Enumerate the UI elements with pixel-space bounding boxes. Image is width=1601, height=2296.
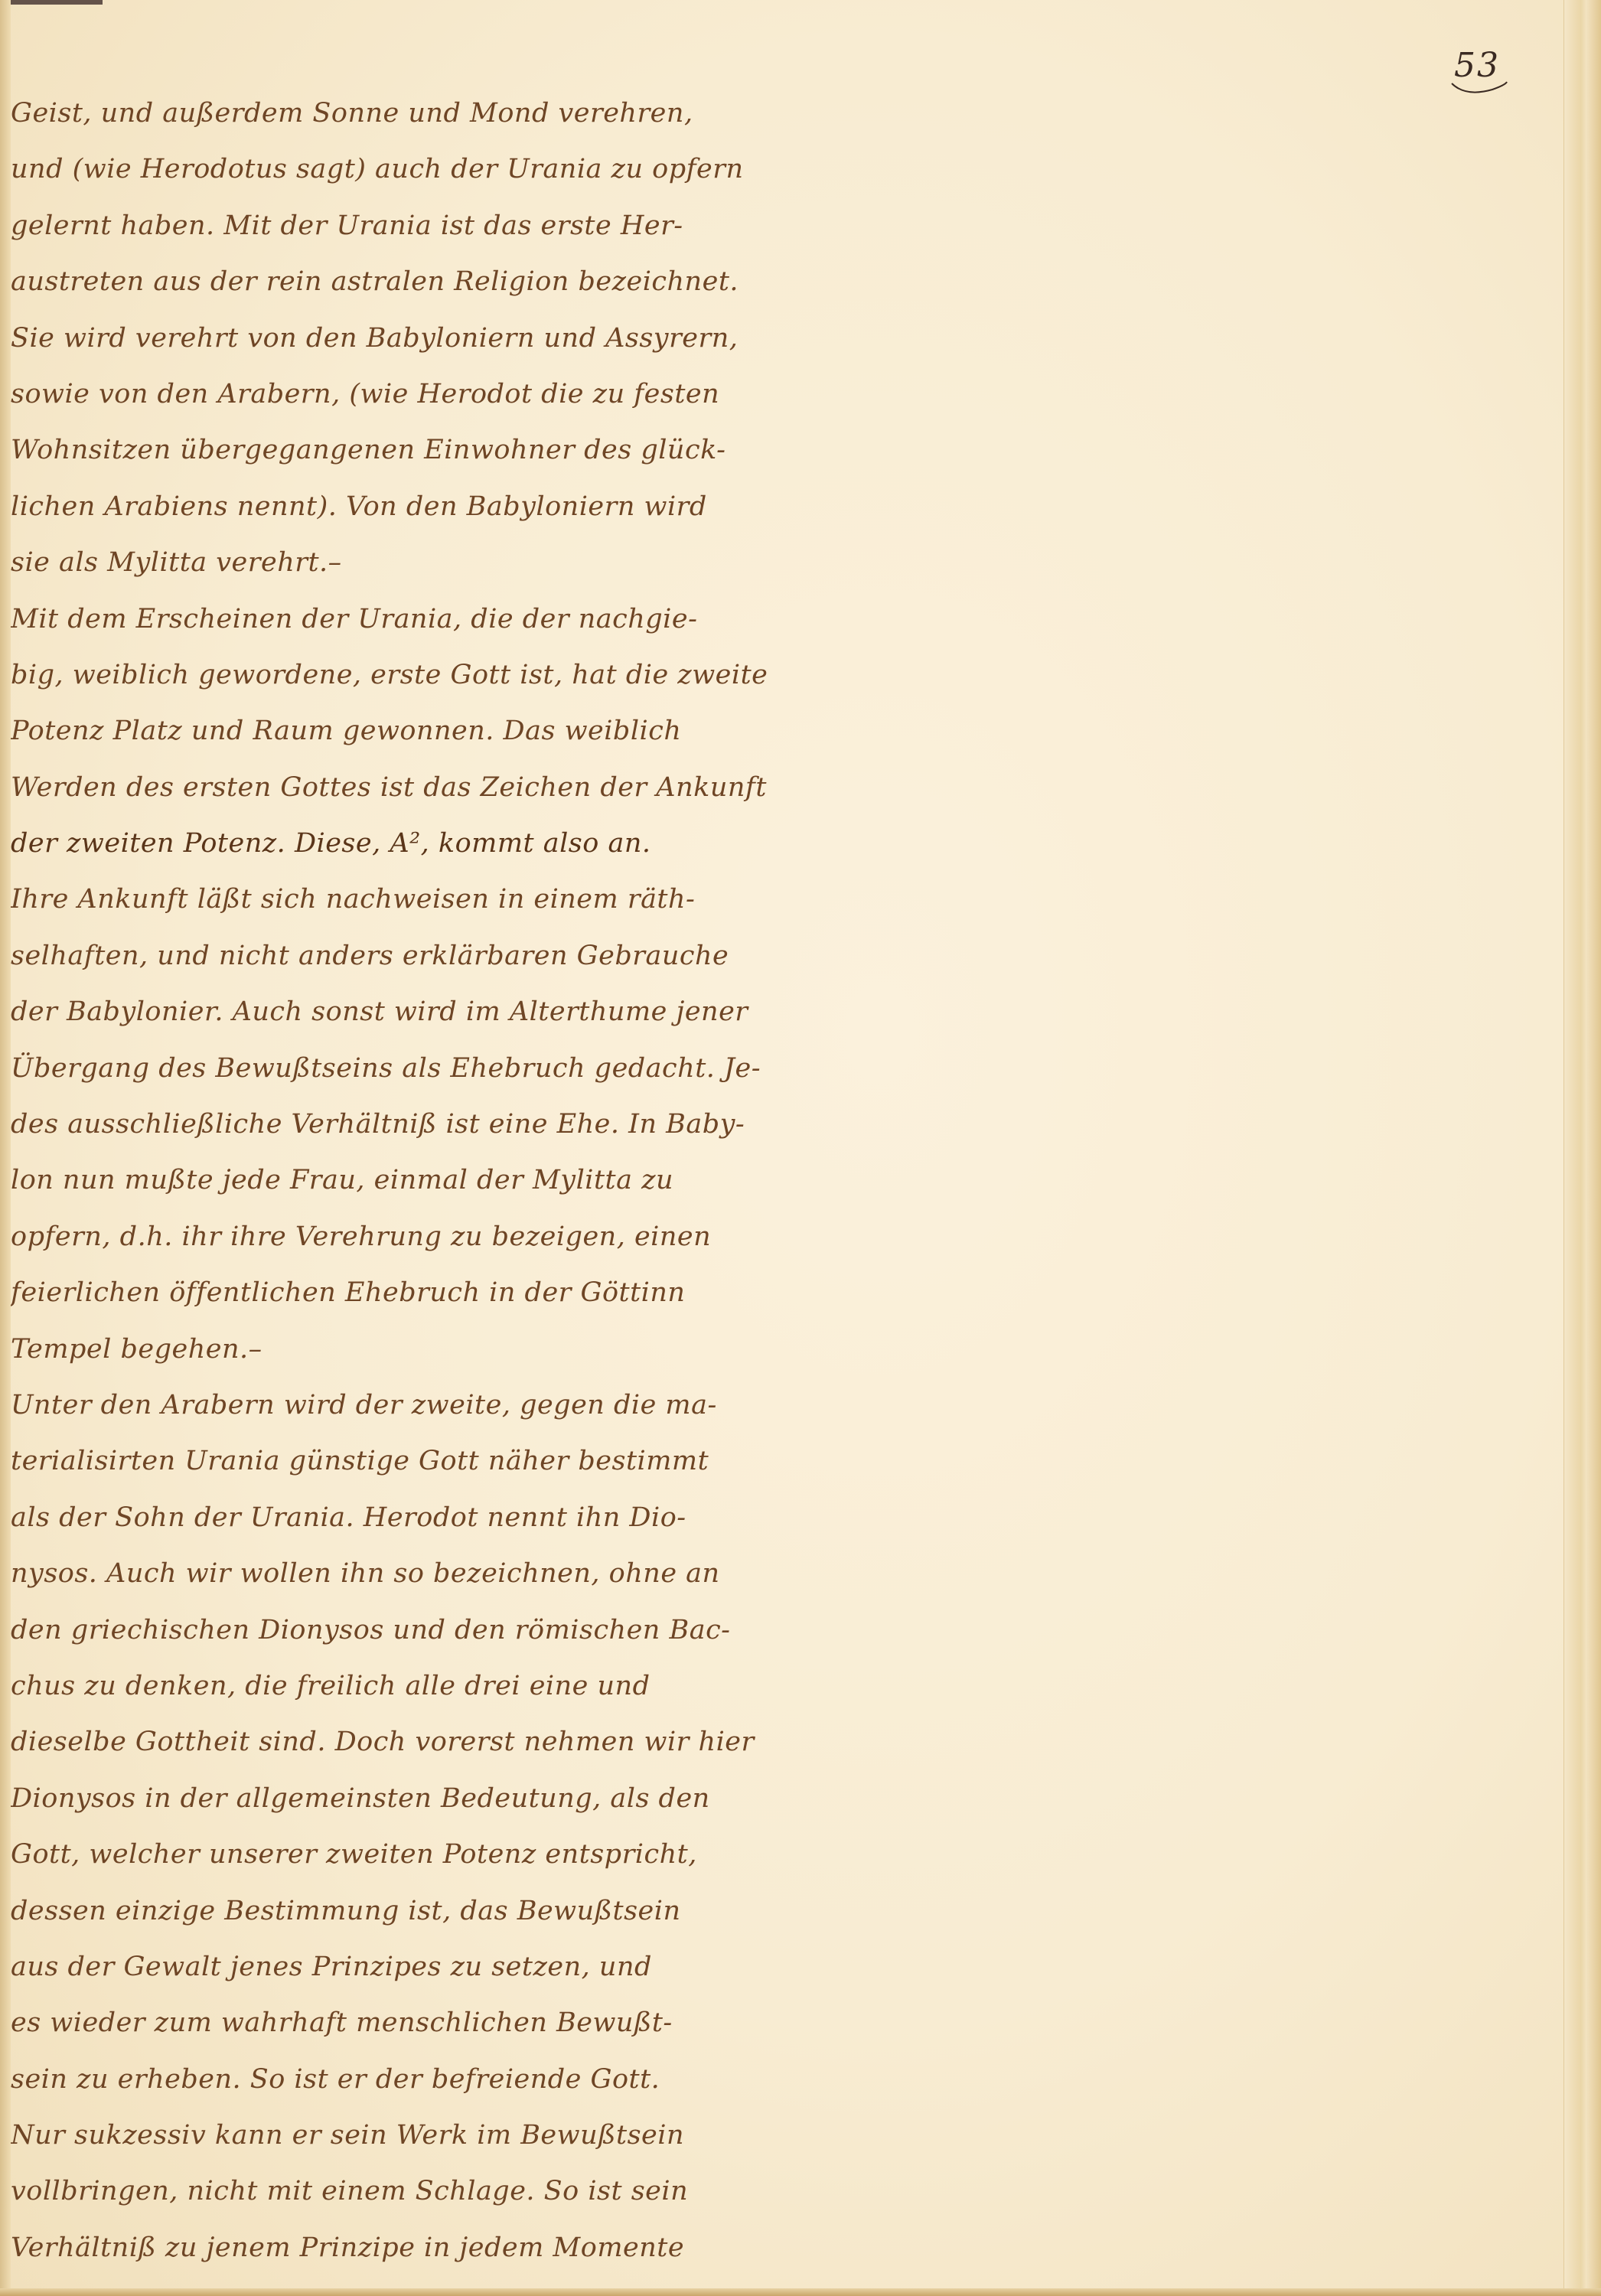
text-line: Geist, und außerdem Sonne und Mond vereh… bbox=[11, 86, 837, 142]
binding-gutter bbox=[0, 0, 11, 2296]
text-line: als der Sohn der Urania. Herodot nennt i… bbox=[11, 1490, 837, 1546]
handwritten-text-column: Geist, und außerdem Sonne und Mond vereh… bbox=[11, 86, 837, 2276]
text-line: der Babylonier. Auch sonst wird im Alter… bbox=[11, 984, 837, 1040]
page-number: 53 bbox=[1454, 46, 1500, 85]
text-line: Dionysos in der allgemeinsten Bedeutung,… bbox=[11, 1771, 837, 1827]
text-line: Verhältniß zu jenem Prinzipe in jedem Mo… bbox=[11, 2220, 837, 2276]
text-line: Unter den Arabern wird der zweite, gegen… bbox=[11, 1378, 837, 1433]
text-line: des ausschließliche Verhältniß ist eine … bbox=[11, 1097, 837, 1153]
text-line: chus zu denken, die freilich alle drei e… bbox=[11, 1658, 837, 1714]
text-line: big, weiblich gewordene, erste Gott ist,… bbox=[11, 647, 837, 703]
text-line: Wohnsitzen übergegangenen Einwohner des … bbox=[11, 422, 837, 478]
text-line: aus der Gewalt jenes Prinzipes zu setzen… bbox=[11, 1939, 837, 1995]
text-line: lon nun mußte jede Frau, einmal der Myli… bbox=[11, 1153, 837, 1208]
manuscript-page: 53 Geist, und außerdem Sonne und Mond ve… bbox=[0, 0, 1601, 2296]
text-line: Potenz Platz und Raum gewonnen. Das weib… bbox=[11, 703, 837, 759]
page-number-underline-flourish-icon bbox=[1450, 80, 1511, 96]
text-line: Tempel begehen.– bbox=[11, 1322, 837, 1378]
text-line: sie als Mylitta verehrt.– bbox=[11, 535, 837, 591]
text-line: vollbringen, nicht mit einem Schlage. So… bbox=[11, 2164, 837, 2219]
text-line: selhaften, und nicht anders erklärbaren … bbox=[11, 928, 837, 984]
text-line: nysos. Auch wir wollen ihn so bezeichnen… bbox=[11, 1546, 837, 1602]
text-line: opfern, d.h. ihr ihre Verehrung zu bezei… bbox=[11, 1209, 837, 1265]
text-line: dieselbe Gottheit sind. Doch vorerst neh… bbox=[11, 1714, 837, 1770]
text-line: austreten aus der rein astralen Religion… bbox=[11, 254, 837, 310]
text-line: terialisirten Urania günstige Gott näher… bbox=[11, 1433, 837, 1489]
text-line: Gott, welcher unserer zweiten Potenz ent… bbox=[11, 1827, 837, 1883]
text-line: Nur sukzessiv kann er sein Werk im Bewuß… bbox=[11, 2108, 837, 2164]
text-line: Mit dem Erscheinen der Urania, die der n… bbox=[11, 592, 837, 647]
text-line: lichen Arabiens nennt). Von den Babyloni… bbox=[11, 479, 837, 535]
text-line: gelernt haben. Mit der Urania ist das er… bbox=[11, 198, 837, 254]
text-line: der zweiten Potenz. Diese, A², kommt als… bbox=[11, 816, 837, 872]
text-line: Sie wird verehrt von den Babyloniern und… bbox=[11, 311, 837, 367]
text-line: Werden des ersten Gottes ist das Zeichen… bbox=[11, 760, 837, 816]
text-line: feierlichen öffentlichen Ehebruch in der… bbox=[11, 1265, 837, 1321]
page-edge bbox=[1564, 0, 1601, 2296]
binding-shadow bbox=[11, 0, 103, 5]
text-line: sowie von den Arabern, (wie Herodot die … bbox=[11, 367, 837, 422]
text-line: Ihre Ankunft läßt sich nachweisen in ein… bbox=[11, 872, 837, 928]
text-line: den griechischen Dionysos und den römisc… bbox=[11, 1603, 837, 1658]
text-line: es wieder zum wahrhaft menschlichen Bewu… bbox=[11, 1995, 837, 2051]
text-line: Übergang des Bewußtseins als Ehebruch ge… bbox=[11, 1041, 837, 1097]
text-line: sein zu erheben. So ist er der befreiend… bbox=[11, 2052, 837, 2108]
text-line: dessen einzige Bestimmung ist, das Bewuß… bbox=[11, 1883, 837, 1939]
text-line: und (wie Herodotus sagt) auch der Urania… bbox=[11, 142, 837, 197]
page-bottom-edge bbox=[0, 2288, 1601, 2296]
